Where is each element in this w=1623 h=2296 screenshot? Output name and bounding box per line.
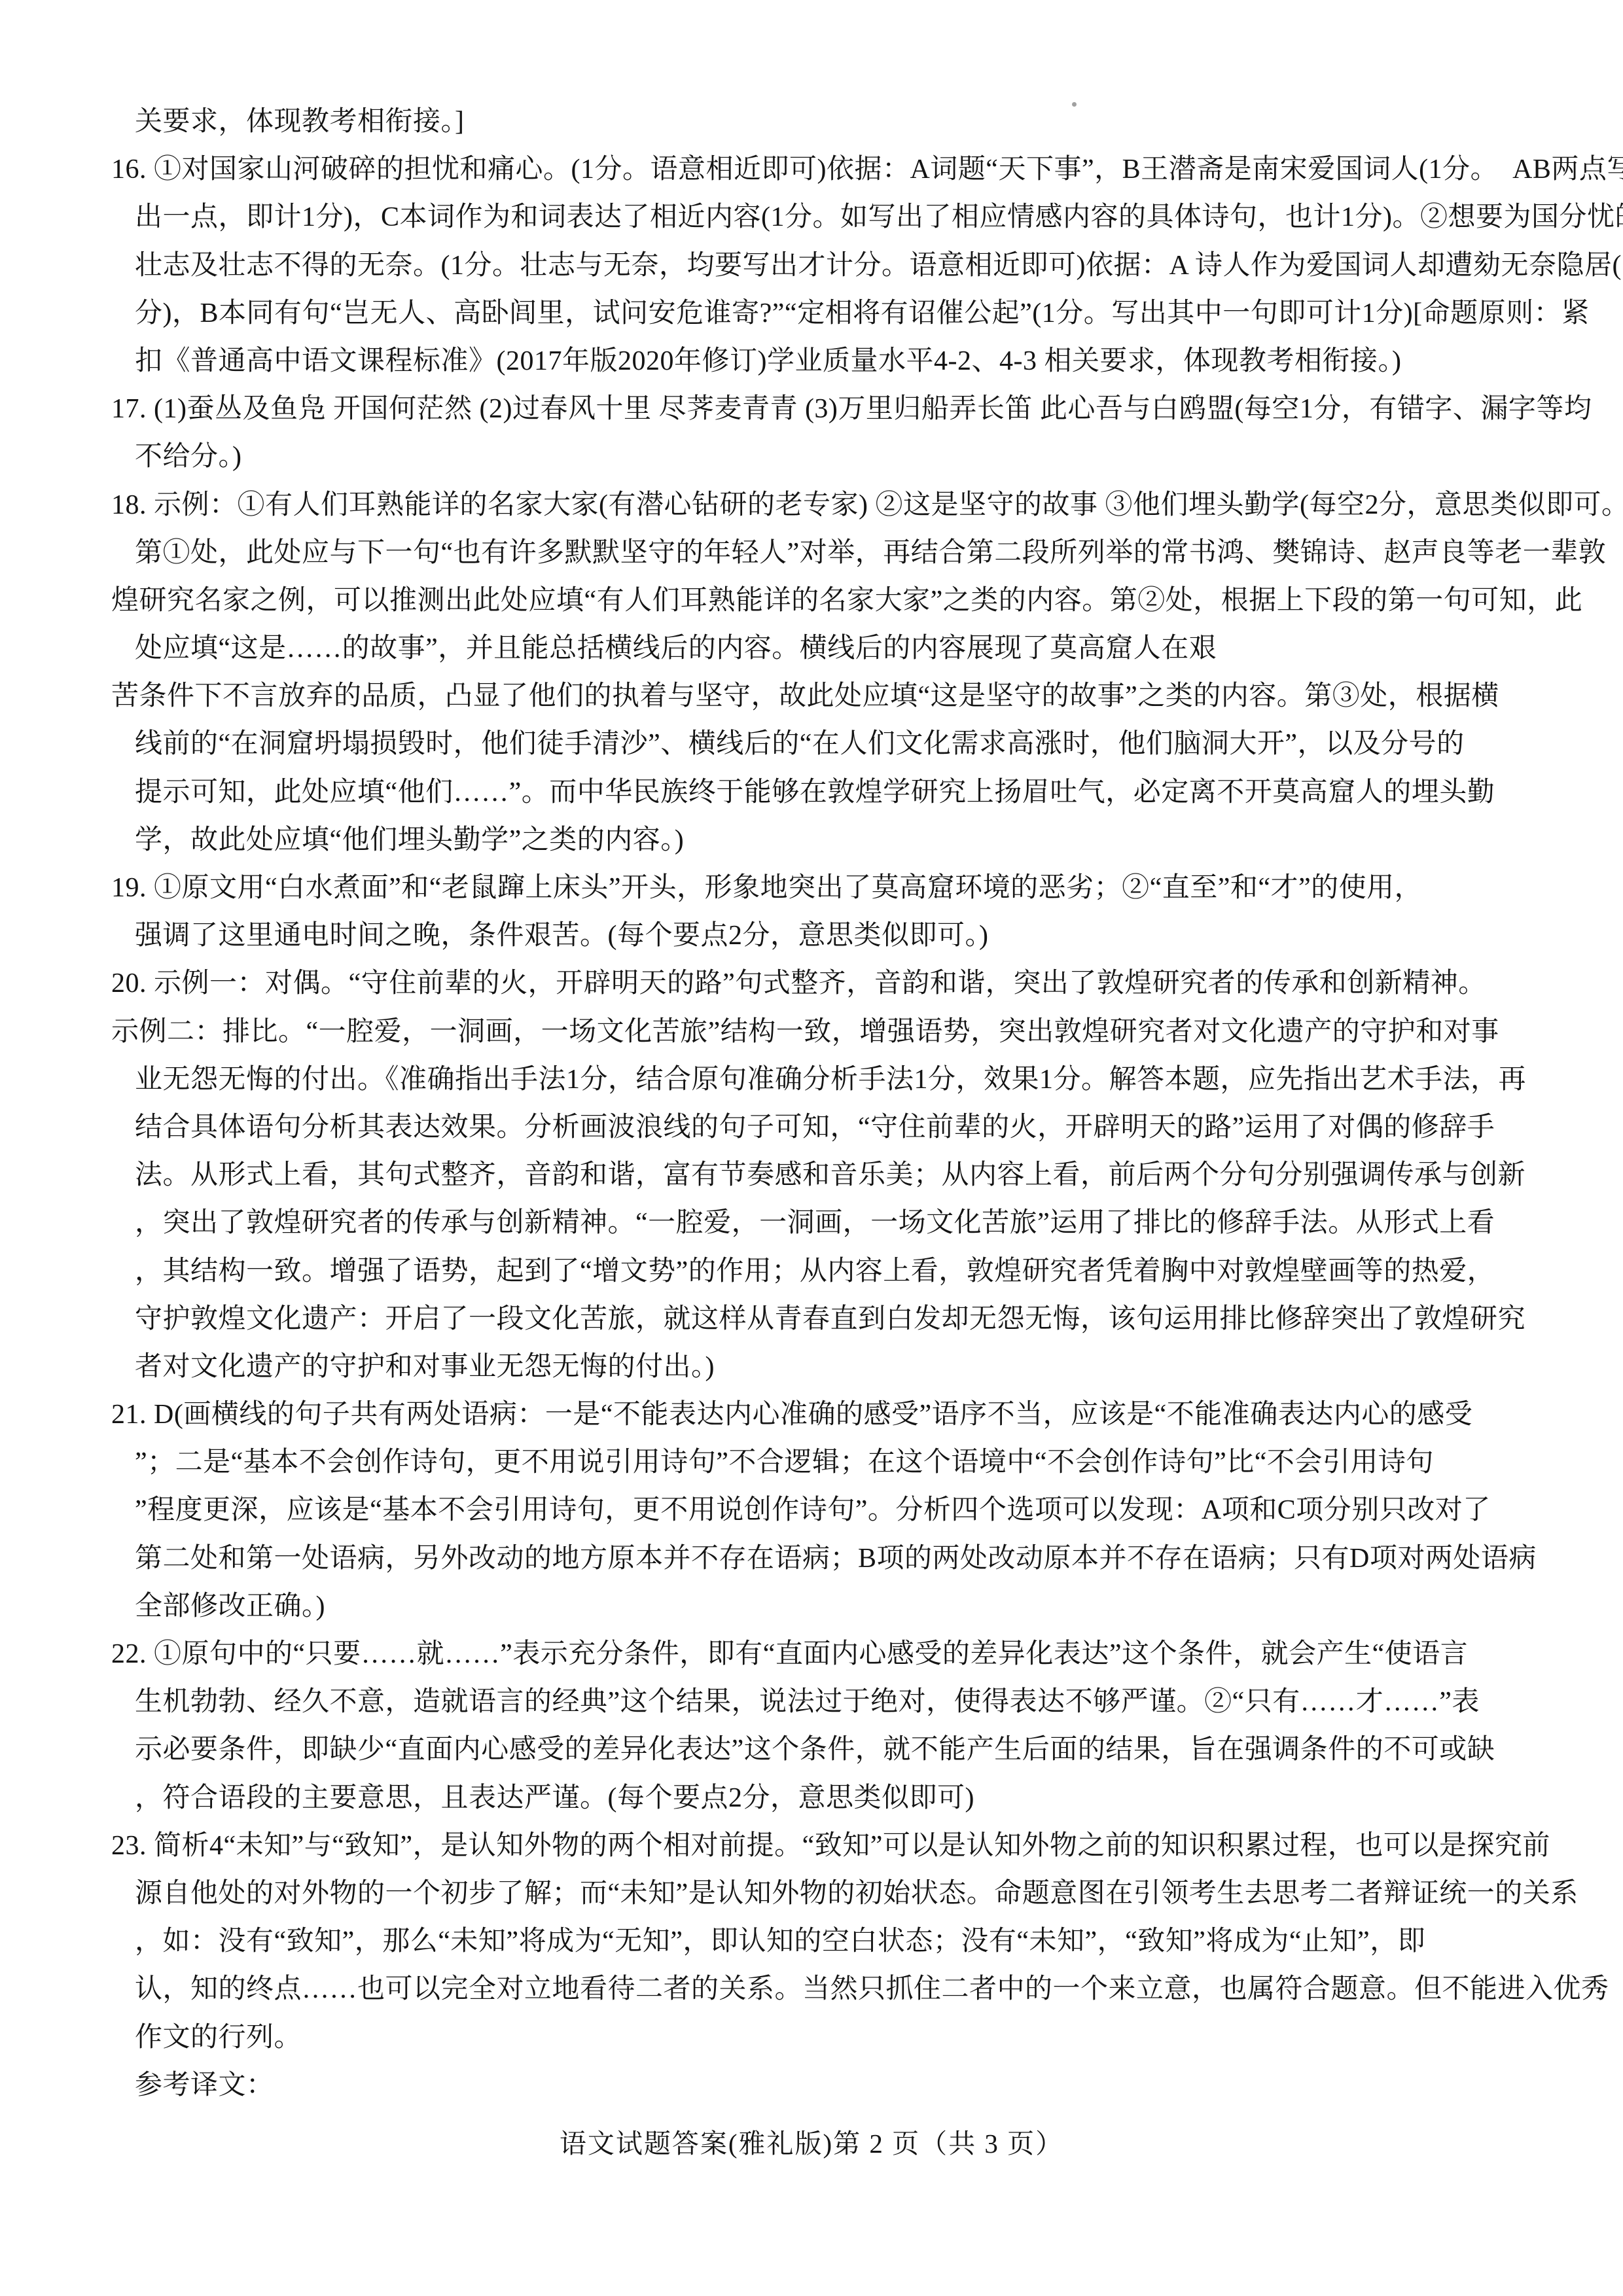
answer-text: 关要求，体现教考相衔接。]16. ①对国家山河破碎的担忧和痛心。(1分。语意相近… — [0, 98, 1623, 2110]
text-line: 壮志及壮志不得的无奈。(1分。壮志与无奈，均要写出才计分。语意相近即可)依据：A… — [0, 242, 1623, 290]
text-line: 作文的行列。 — [0, 2014, 1623, 2062]
text-line: 示必要条件，即缺少“直面内心感受的差异化表达”这个条件，就不能产生后面的结果，旨… — [0, 1726, 1623, 1774]
text-line: 不给分。) — [0, 433, 1623, 481]
text-line: 结合具体语句分析其表达效果。分析画波浪线的句子可知，“守住前辈的火，开辟明天的路… — [0, 1104, 1623, 1152]
text-line: 第二处和第一处语病，另外改动的地方原本并不存在语病；B项的两处改动原本并不存在语… — [0, 1535, 1623, 1583]
text-line: 16. ①对国家山河破碎的担忧和痛心。(1分。语意相近即可)依据：A词题“天下事… — [0, 146, 1623, 194]
text-line: 23. 简析4“未知”与“致知”，是认知外物的两个相对前提。“致知”可以是认知外… — [0, 1822, 1623, 1870]
text-line: 生机勃勃、经久不意，造就语言的经典”这个结果，说法过于绝对，使得表达不够严谨。②… — [0, 1678, 1623, 1726]
answer-sheet-page: 关要求，体现教考相衔接。]16. ①对国家山河破碎的担忧和痛心。(1分。语意相近… — [0, 0, 1623, 2296]
text-line: 关要求，体现教考相衔接。] — [0, 98, 1623, 146]
text-line: 提示可知，此处应填“他们……”。而中华民族终于能够在敦煌学研究上扬眉吐气，必定离… — [0, 769, 1623, 817]
text-line: 源自他处的对外物的一个初步了解；而“未知”是认知外物的初始状态。命题意图在引领考… — [0, 1870, 1623, 1918]
text-line: 法。从形式上看，其句式整齐，音韵和谐，富有节奏感和音乐美；从内容上看，前后两个分… — [0, 1152, 1623, 1199]
text-line: 出一点，即计1分)，C本词作为和词表达了相近内容(1分。如写出了相应情感内容的具… — [0, 194, 1623, 241]
text-line: 19. ①原文用“白水煮面”和“老鼠蹿上床头”开头，形象地突出了莫高窟环境的恶劣… — [0, 864, 1623, 912]
text-line: 煌研究名家之例，可以推测出此处应填“有人们耳熟能详的名家大家”之类的内容。第②处… — [0, 577, 1623, 625]
text-line: 学，故此处应填“他们埋头勤学”之类的内容。) — [0, 817, 1623, 864]
text-line: ，如：没有“致知”，那么“未知”将成为“无知”，即认知的空白状态；没有“未知”，… — [0, 1918, 1623, 1966]
text-line: 业无怨无悔的付出。《准确指出手法1分，结合原句准确分析手法1分，效果1分。解答本… — [0, 1056, 1623, 1104]
text-line: 22. ①原句中的“只要……就……”表示充分条件，即有“直面内心感受的差异化表达… — [0, 1631, 1623, 1678]
text-line: 18. 示例：①有人们耳熟能详的名家大家(有潜心钻研的老专家) ②这是坚守的故事… — [0, 482, 1623, 529]
text-line: 参考译文： — [0, 2062, 1623, 2110]
text-line: 分)，B本同有句“岂无人、高卧闾里，试问安危谁寄?”“定相将有诏催公起”(1分。… — [0, 290, 1623, 338]
text-line: ，突出了敦煌研究者的传承与创新精神。“一腔爱，一洞画，一场文化苦旅”运用了排比的… — [0, 1199, 1623, 1247]
text-line: 扣《普通高中语文课程标准》(2017年版2020年修订)学业质量水平4-2、4-… — [0, 338, 1623, 385]
text-line: 认，知的终点……也可以完全对立地看待二者的关系。当然只抓住二者中的一个来立意，也… — [0, 1966, 1623, 2013]
text-line: 17. (1)蚕丛及鱼凫 开国何茫然 (2)过春风十里 尽荠麦青青 (3)万里归… — [0, 385, 1623, 433]
text-line: 者对文化遗产的守护和对事业无怨无悔的付出。) — [0, 1343, 1623, 1391]
text-line: 线前的“在洞窟坍塌损毁时，他们徒手清沙”、横线后的“在人们文化需求高涨时，他们脑… — [0, 720, 1623, 768]
text-line: 强调了这里通电时间之晚，条件艰苦。(每个要点2分，意思类似即可。) — [0, 912, 1623, 960]
text-line: ，其结构一致。增强了语势，起到了“增文势”的作用；从内容上看，敦煌研究者凭着胸中… — [0, 1248, 1623, 1296]
text-line: 守护敦煌文化遗产：开启了一段文化苦旅，就这样从青春直到白发却无怨无悔，该句运用排… — [0, 1296, 1623, 1343]
text-line: ”；二是“基本不会创作诗句，更不用说引用诗句”不合逻辑；在这个语境中“不会创作诗… — [0, 1439, 1623, 1487]
text-line: ，符合语段的主要意思，且表达严谨。(每个要点2分，意思类似即可) — [0, 1775, 1623, 1822]
text-line: 20. 示例一：对偶。“守住前辈的火，开辟明天的路”句式整齐，音韵和谐，突出了敦… — [0, 960, 1623, 1008]
text-line: 示例二：排比。“一腔爱，一洞画，一场文化苦旅”结构一致，增强语势，突出敦煌研究者… — [0, 1008, 1623, 1056]
page-footer: 语文试题答案(雅礼版)第 2 页（共 3 页） — [0, 2120, 1623, 2168]
text-line: 处应填“这是……的故事”，并且能总括横线后的内容。横线后的内容展现了莫高窟人在艰 — [0, 625, 1623, 673]
text-line: 全部修改正确。) — [0, 1583, 1623, 1631]
text-line: 第①处，此处应与下一句“也有许多默默坚守的年轻人”对举，再结合第二段所列举的常书… — [0, 529, 1623, 577]
text-line: ”程度更深，应该是“基本不会引用诗句，更不用说创作诗句”。分析四个选项可以发现：… — [0, 1487, 1623, 1534]
text-line: 21. D(画横线的句子共有两处语病：一是“不能表达内心准确的感受”语序不当，应… — [0, 1391, 1623, 1439]
text-line: 苦条件下不言放弃的品质，凸显了他们的执着与坚守，故此处应填“这是坚守的故事”之类… — [0, 673, 1623, 720]
